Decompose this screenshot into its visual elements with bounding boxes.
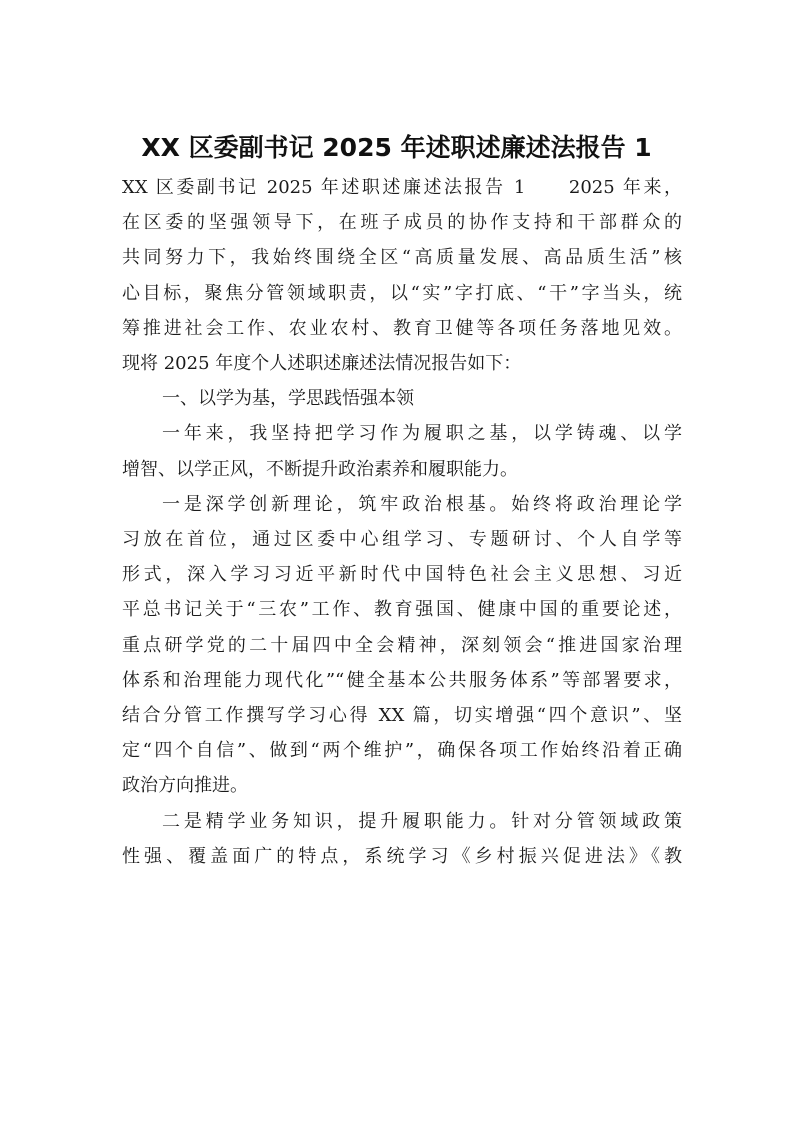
body-text-line: 筹推进社会工作、农业农村、教育卫健等各项任务落地见效。 — [122, 317, 682, 341]
body-text-line: 现将 2025 年度个人述职述廉述法情况报告如下： — [122, 352, 682, 376]
body-text-line: 定“四个自信”、做到“两个维护”，确保各项工作始终沿着正确 — [122, 739, 682, 763]
body-text-line: 在区委的坚强领导下，在班子成员的协作支持和干部群众的 — [122, 211, 682, 235]
body-text-line: 共同努力下，我始终围绕全区“高质量发展、高品质生活”核 — [122, 246, 682, 270]
body-text-line: 结合分管工作撰写学习心得 XX 篇，切实增强“四个意识”、坚 — [122, 704, 682, 728]
body-text-line: 一是深学创新理论，筑牢政治根基。始终将政治理论学 — [162, 493, 682, 517]
document-page: XX 区委副书记 2025 年述职述廉述法报告 1 XX 区委副书记 2025 … — [0, 0, 793, 1122]
body-text-line: 体系和治理能力现代化”“健全基本公共服务体系”等部署要求， — [122, 669, 682, 693]
body-text-line: 平总书记关于“三农”工作、教育强国、健康中国的重要论述， — [122, 598, 682, 622]
body-text-line: 习放在首位，通过区委中心组学习、专题研讨、个人自学等 — [122, 528, 682, 552]
body-text-line: 二是精学业务知识，提升履职能力。针对分管领域政策 — [162, 810, 682, 834]
body-text-line: 心目标，聚焦分管领域职责，以“实”字打底、“干”字当头，统 — [122, 282, 682, 306]
body-text-line: 一、以学为基，学思践悟强本领 — [162, 387, 682, 411]
document-title: XX 区委副书记 2025 年述职述廉述法报告 1 — [0, 128, 793, 164]
body-text-line: 一年来，我坚持把学习作为履职之基，以学铸魂、以学 — [162, 422, 682, 446]
body-text-line: XX 区委副书记 2025 年述职述廉述法报告 1 2025 年来， — [122, 176, 682, 200]
body-text-line: 形式，深入学习习近平新时代中国特色社会主义思想、习近 — [122, 563, 682, 587]
body-text-line: 性强、覆盖面广的特点，系统学习《乡村振兴促进法》《教 — [122, 845, 682, 869]
body-text-line: 增智、以学正风，不断提升政治素养和履职能力。 — [122, 458, 682, 482]
body-text-line: 重点研学党的二十届四中全会精神，深刻领会“推进国家治理 — [122, 634, 682, 658]
body-text-line: 政治方向推进。 — [122, 774, 682, 798]
